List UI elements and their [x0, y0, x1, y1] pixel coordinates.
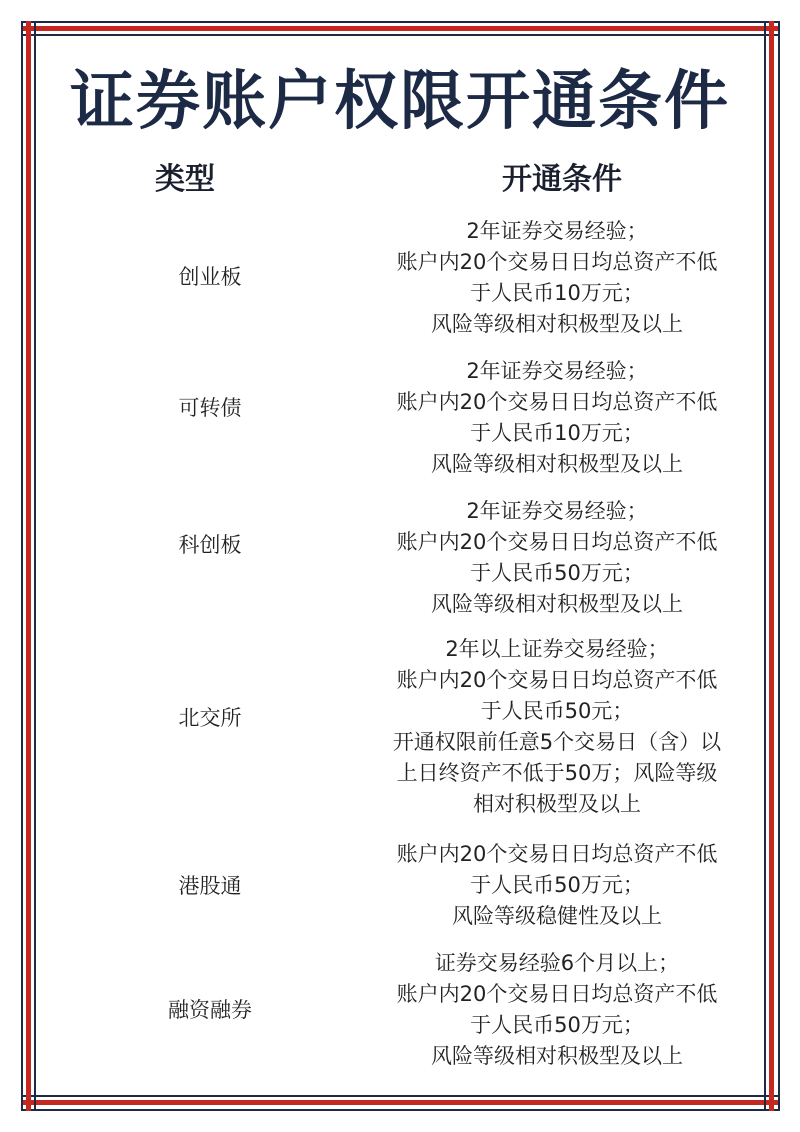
- table-row-hk-connect: 港股通 账户内20个交易日日均总资产不低 于人民币50万元； 风险等级稳健性及以…: [36, 839, 764, 932]
- frame-top-red-line: [21, 26, 780, 31]
- frame-right-outer-line: [778, 21, 780, 1111]
- frame-top-outer-line: [21, 21, 780, 23]
- row-conditions: 证券交易经验6个月以上； 账户内20个交易日日均总资产不低 于人民币50万元； …: [366, 948, 748, 1072]
- condition-line: 2年以上证券交易经验；: [366, 634, 748, 665]
- condition-line: 于人民币50元；: [366, 696, 748, 727]
- row-conditions: 2年以上证券交易经验； 账户内20个交易日日均总资产不低 于人民币50元； 开通…: [366, 634, 748, 820]
- row-type-label: 融资融券: [120, 995, 300, 1025]
- frame-top-inner-line: [21, 34, 780, 36]
- row-conditions: 账户内20个交易日日均总资产不低 于人民币50万元； 风险等级稳健性及以上: [366, 839, 748, 932]
- condition-line: 相对积极型及以上: [366, 789, 748, 820]
- condition-line: 账户内20个交易日日均总资产不低: [366, 839, 748, 870]
- table-row-star-market: 科创板 2年证券交易经验； 账户内20个交易日日均总资产不低 于人民币50万元；…: [36, 496, 764, 620]
- condition-line: 于人民币50万元；: [366, 558, 748, 589]
- row-type-label: 创业板: [120, 262, 300, 292]
- condition-line: 风险等级相对积极型及以上: [366, 309, 748, 340]
- condition-line: 风险等级相对积极型及以上: [366, 449, 748, 480]
- frame-right-red-line: [769, 21, 774, 1111]
- frame-bottom-outer-line: [21, 1109, 780, 1111]
- page-title: 证券账户权限开通条件: [0, 66, 800, 138]
- condition-line: 账户内20个交易日日均总资产不低: [366, 665, 748, 696]
- condition-line: 账户内20个交易日日均总资产不低: [366, 527, 748, 558]
- frame-bottom-inner-line: [21, 1095, 780, 1097]
- table-row-bse: 北交所 2年以上证券交易经验； 账户内20个交易日日均总资产不低 于人民币50元…: [36, 634, 764, 820]
- row-type-label: 可转债: [120, 393, 300, 423]
- row-type-label: 科创板: [120, 530, 300, 560]
- table-row-chuangyeban: 创业板 2年证券交易经验； 账户内20个交易日日均总资产不低 于人民币10万元；…: [36, 216, 764, 340]
- condition-line: 2年证券交易经验；: [366, 496, 748, 527]
- table-row-convertible-bond: 可转债 2年证券交易经验； 账户内20个交易日日均总资产不低 于人民币10万元；…: [36, 356, 764, 480]
- condition-line: 开通权限前任意5个交易日（含）以: [366, 727, 748, 758]
- row-type-label: 港股通: [120, 871, 300, 901]
- condition-line: 于人民币50万元；: [366, 1010, 748, 1041]
- frame-right-inner-line: [764, 21, 766, 1111]
- frame-bottom-red-line: [21, 1100, 780, 1105]
- condition-line: 于人民币10万元；: [366, 278, 748, 309]
- row-conditions: 2年证券交易经验； 账户内20个交易日日均总资产不低 于人民币10万元； 风险等…: [366, 216, 748, 340]
- frame-left-red-line: [26, 21, 31, 1111]
- condition-line: 风险等级相对积极型及以上: [366, 1041, 748, 1072]
- row-conditions: 2年证券交易经验； 账户内20个交易日日均总资产不低 于人民币10万元； 风险等…: [366, 356, 748, 480]
- frame-left-outer-line: [21, 21, 23, 1111]
- condition-line: 证券交易经验6个月以上；: [366, 948, 748, 979]
- row-conditions: 2年证券交易经验； 账户内20个交易日日均总资产不低 于人民币50万元； 风险等…: [366, 496, 748, 620]
- row-type-label: 北交所: [120, 703, 300, 733]
- column-header-type: 类型: [105, 160, 265, 200]
- column-header-condition: 开通条件: [462, 160, 662, 200]
- condition-line: 账户内20个交易日日均总资产不低: [366, 247, 748, 278]
- condition-line: 2年证券交易经验；: [366, 356, 748, 387]
- condition-line: 于人民币10万元；: [366, 418, 748, 449]
- condition-line: 账户内20个交易日日均总资产不低: [366, 979, 748, 1010]
- condition-line: 风险等级稳健性及以上: [366, 901, 748, 932]
- condition-line: 2年证券交易经验；: [366, 216, 748, 247]
- condition-line: 风险等级相对积极型及以上: [366, 589, 748, 620]
- condition-line: 账户内20个交易日日均总资产不低: [366, 387, 748, 418]
- condition-line: 上日终资产不低于50万；风险等级: [366, 758, 748, 789]
- condition-line: 于人民币50万元；: [366, 870, 748, 901]
- table-row-margin-trading: 融资融券 证券交易经验6个月以上； 账户内20个交易日日均总资产不低 于人民币5…: [36, 948, 764, 1072]
